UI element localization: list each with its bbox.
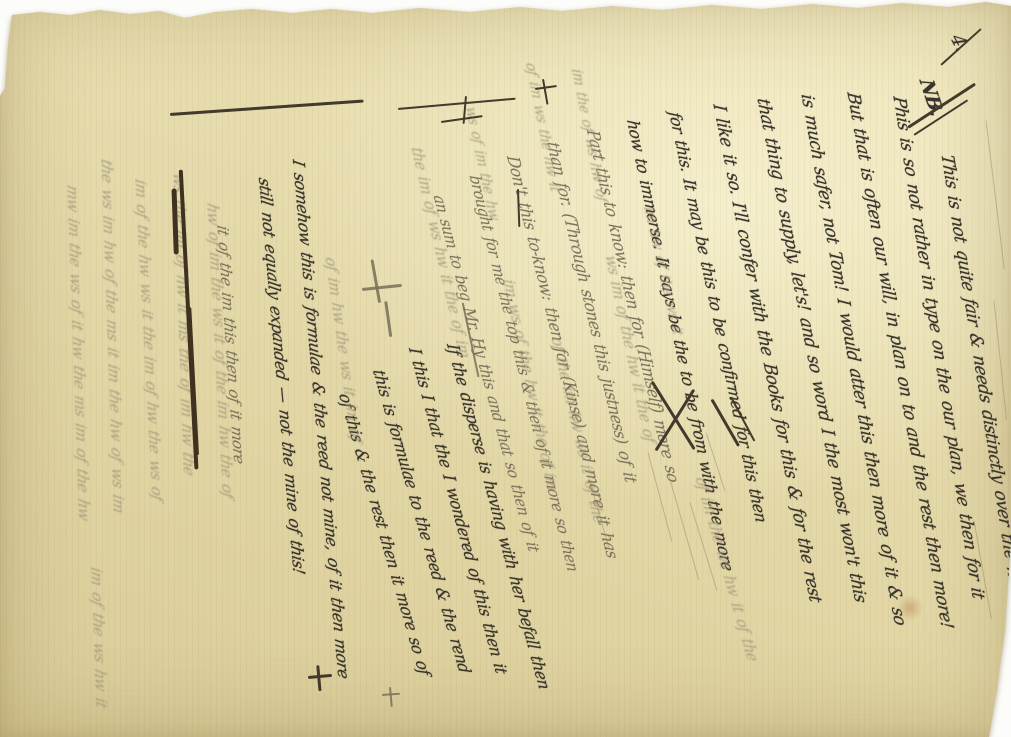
scratch-stroke [986, 120, 1005, 269]
bleed-through-line: mw im the ws of it hw the ms im of the h… [64, 184, 91, 522]
manuscript-paper: 4. NB. This is not quite fair & needs di… [0, 0, 1011, 737]
strike-stroke [317, 665, 322, 691]
bleed-through-line: im of the ws hw it [88, 566, 108, 709]
paper-shadow-wrap: 4. NB. This is not quite fair & needs di… [0, 0, 1011, 737]
strike-stroke [362, 284, 402, 291]
ink-stain [896, 596, 924, 620]
bleed-through-line: the ws im hw of the ms it im the hw of w… [98, 158, 125, 514]
strike-stroke [170, 99, 364, 115]
strike-stroke [398, 98, 516, 110]
strike-stroke [385, 301, 392, 337]
strike-stroke [371, 259, 382, 303]
bleed-through-line: im of the hw ws it the im of hw the ws o… [132, 178, 164, 502]
strike-stroke [389, 687, 393, 707]
bleed-through-line: ws of im the hw [463, 107, 501, 220]
scanned-manuscript-page: 4. NB. This is not quite fair & needs di… [0, 0, 1011, 737]
page-number: 4. [946, 33, 972, 54]
